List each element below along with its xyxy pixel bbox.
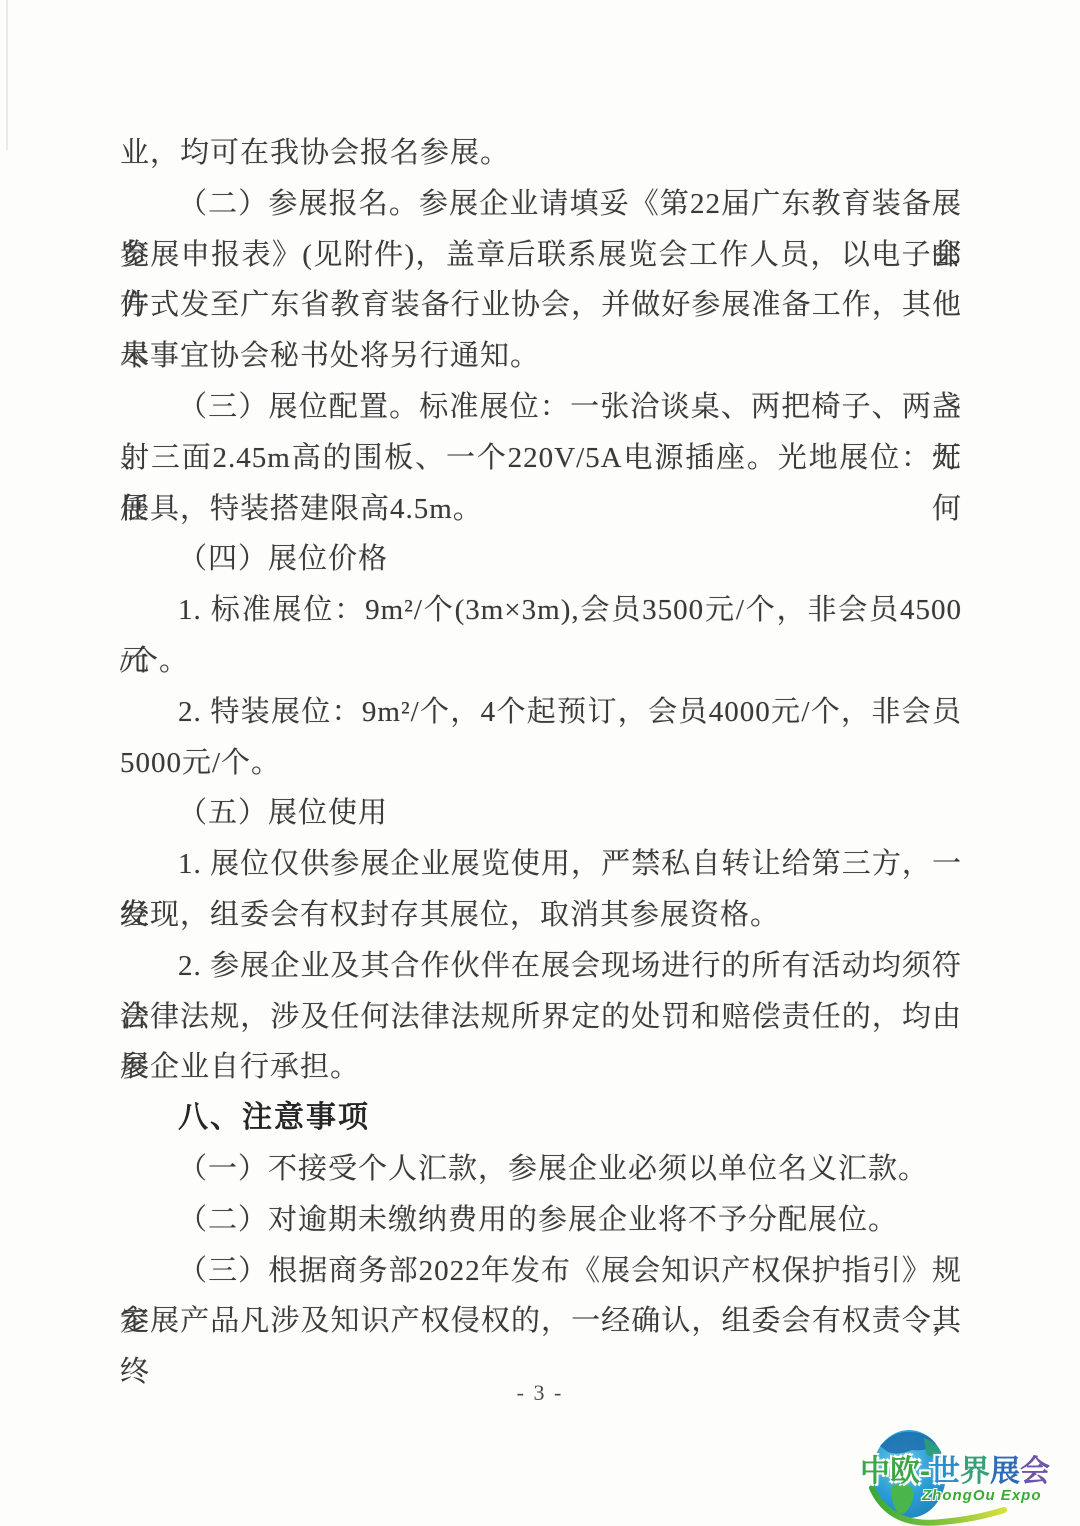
- text-line: （二）参展报名。参展企业请填妥《第22届广东教育装备展览会: [120, 179, 962, 230]
- text-line: 发现，组委会有权封存其展位，取消其参展资格。: [120, 890, 962, 941]
- text-line: 2. 特装展位：9m²/个，4个起预订，会员4000元/个，非会员: [120, 687, 962, 738]
- text-line: （二）对逾期未缴纳费用的参展企业将不予分配展位。: [120, 1195, 962, 1246]
- text-line: 1. 标准展位：9m²/个(3m×3m),会员3500元/个，非会员4500元: [120, 585, 962, 636]
- section-heading: 八、注意事项: [120, 1093, 962, 1144]
- text-line: 法律法规，涉及任何法律法规所界定的处罚和赔偿责任的，均由参: [120, 992, 962, 1043]
- logo-char: 中: [860, 1455, 890, 1488]
- text-line: 5000元/个。: [120, 738, 962, 789]
- zhongou-expo-logo: 中欧-世界展会 ZhongOu Expo: [846, 1402, 1074, 1526]
- logo-subtitle: ZhongOu Expo: [922, 1487, 1041, 1504]
- text-line: 业，均可在我协会报名参展。: [120, 128, 962, 179]
- logo-char: 欧: [890, 1455, 920, 1488]
- scan-artifact: [6, 0, 8, 150]
- text-line: 1. 展位仅供参展企业展览使用，严禁私自转让给第三方，一经: [120, 839, 962, 890]
- text-line: 、三面2.45m高的围板、一个220V/5A电源插座。光地展位：无任何: [120, 433, 962, 484]
- logo-char: 会: [1020, 1455, 1050, 1488]
- logo-char: 界: [960, 1455, 990, 1488]
- scanned-document-page: 业，均可在我协会报名参展。（二）参展报名。参展企业请填妥《第22届广东教育装备展…: [0, 0, 1080, 1526]
- logo-char: 展: [990, 1455, 1020, 1488]
- text-line: 方式发至广东省教育装备行业协会，并做好参展准备工作，其他未: [120, 280, 962, 331]
- text-line: 参展产品凡涉及知识产权侵权的，一经确认，组委会有权责令其终: [120, 1296, 962, 1347]
- logo-char: 世: [930, 1455, 960, 1488]
- logo-title: 中欧-世界展会: [860, 1456, 1074, 1488]
- logo-char: -: [920, 1455, 930, 1488]
- text-line: 参展申报表》(见附件)，盖章后联系展览会工作人员，以电子邮件: [120, 230, 962, 281]
- text-line: （五）展位使用: [120, 788, 962, 839]
- text-line: （三）根据商务部2022年发布《展会知识产权保护指引》规定，: [120, 1246, 962, 1297]
- text-line: 2. 参展企业及其合作伙伴在展会现场进行的所有活动均须符合: [120, 941, 962, 992]
- page-number: - 3 -: [517, 1380, 564, 1405]
- text-line: （四）展位价格: [120, 534, 962, 585]
- document-lines: 业，均可在我协会报名参展。（二）参展报名。参展企业请填妥《第22届广东教育装备展…: [120, 128, 962, 1347]
- text-line: /个。: [120, 636, 962, 687]
- text-line: （一）不接受个人汇款，参展企业必须以单位名义汇款。: [120, 1144, 962, 1195]
- document-body: 业，均可在我协会报名参展。（二）参展报名。参展企业请填妥《第22届广东教育装备展…: [120, 128, 962, 1347]
- text-line: （三）展位配置。标准展位：一张洽谈桌、两把椅子、两盏射灯: [120, 382, 962, 433]
- text-line: 展企业自行承担。: [120, 1042, 962, 1093]
- text-line: 尽事宜协会秘书处将另行通知。: [120, 331, 962, 382]
